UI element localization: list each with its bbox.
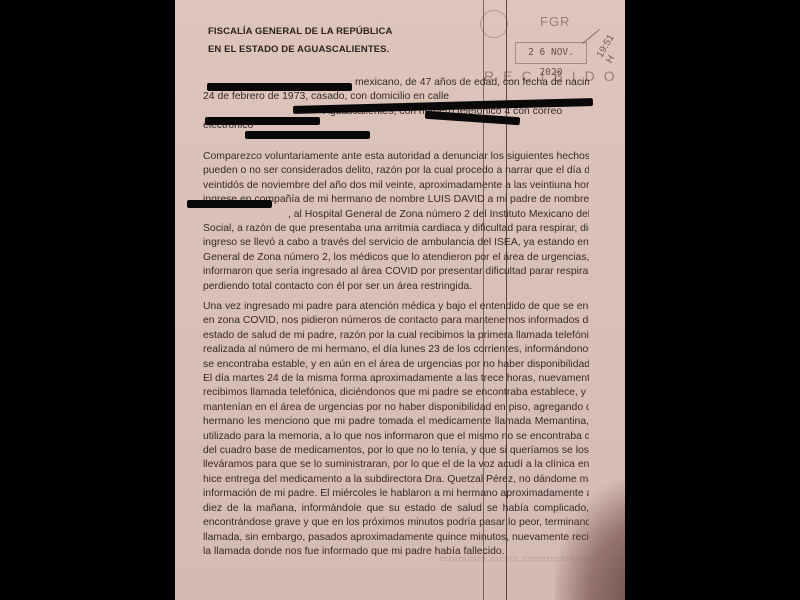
hand-shadow — [555, 480, 625, 600]
text-line: , al Hospital General de Zona número 2 d… — [203, 208, 589, 222]
redaction-father-surname — [187, 200, 272, 208]
text-line: diez de la mañana, informándole que su e… — [203, 502, 589, 516]
text-line: mantenían en el área de urgencias por no… — [203, 401, 589, 415]
text-line: perdiendo total contacto con él por ser … — [203, 280, 589, 294]
text-line: ingreso se llevó a cabo a través del ser… — [203, 236, 589, 250]
text-line: se encontraba estable, y en aún en el ár… — [203, 358, 589, 372]
header-state: EN EL ESTADO DE AGUASCALIENTES. — [208, 44, 389, 55]
text-line: El día martes 24 de la misma forma aprox… — [203, 372, 589, 386]
text-line: Social, a razón de que presentaba una ar… — [203, 222, 589, 236]
paragraph-1: Comparezco voluntariamente ante esta aut… — [203, 150, 589, 294]
text-line: información de mi padre. El miércoles le… — [203, 487, 589, 501]
text-line: recibimos llamada telefónica, diciéndono… — [203, 386, 589, 400]
text-line: en zona COVID, nos pidieron números de c… — [203, 314, 589, 328]
text-line: utilizado para la memoria, a lo que nos … — [203, 430, 589, 444]
redaction-name — [207, 83, 352, 91]
stamp-date: 2 6 NOV. 2020 — [515, 42, 587, 64]
text-line: hice entrega del medicamento a la subdir… — [203, 473, 589, 487]
redaction-neighborhood — [205, 117, 320, 125]
redaction-email — [245, 131, 370, 139]
text-line: informaron que sería ingresado al área C… — [203, 265, 589, 279]
text-line: General de Zona número 2, los médicos qu… — [203, 251, 589, 265]
stamp-time: 19:51 H — [595, 33, 625, 66]
text-line: veintidós de noviembre del año dos mil v… — [203, 179, 589, 193]
text-line: llamada, sin embargo, pasados aproximada… — [203, 531, 589, 545]
document-page: FISCALÍA GENERAL DE LA REPÚBLICA EN EL E… — [175, 0, 625, 600]
header-agency: FISCALÍA GENERAL DE LA REPÚBLICA — [208, 26, 392, 37]
text-line: Comparezco voluntariamente ante esta aut… — [203, 150, 589, 164]
text-line: del cuadro base de medicamentos, por lo … — [203, 444, 589, 458]
text-line: encontrándose grave y que en los próximo… — [203, 516, 589, 530]
text-line: realizada al número de mi hermano, el dí… — [203, 343, 589, 357]
stamp-agency: FGR — [540, 14, 570, 29]
text-line: hermano les menciono que mi padre tomada… — [203, 415, 589, 429]
received-stamp: FGR 2 6 NOV. 2020 RECIBIDO 19:51 H — [480, 6, 620, 86]
text-line: lleváramos para que se lo suministraran,… — [203, 458, 589, 472]
text-line: estado de salud de mi padre, razón por l… — [203, 329, 589, 343]
paragraph-2: Una vez ingresado mi padre para atención… — [203, 300, 589, 559]
text-line: pueden o no ser considerados delito, raz… — [203, 164, 589, 178]
text-line: Una vez ingresado mi padre para atención… — [203, 300, 589, 314]
seal-icon — [480, 10, 508, 38]
arrow-icon — [582, 29, 599, 44]
